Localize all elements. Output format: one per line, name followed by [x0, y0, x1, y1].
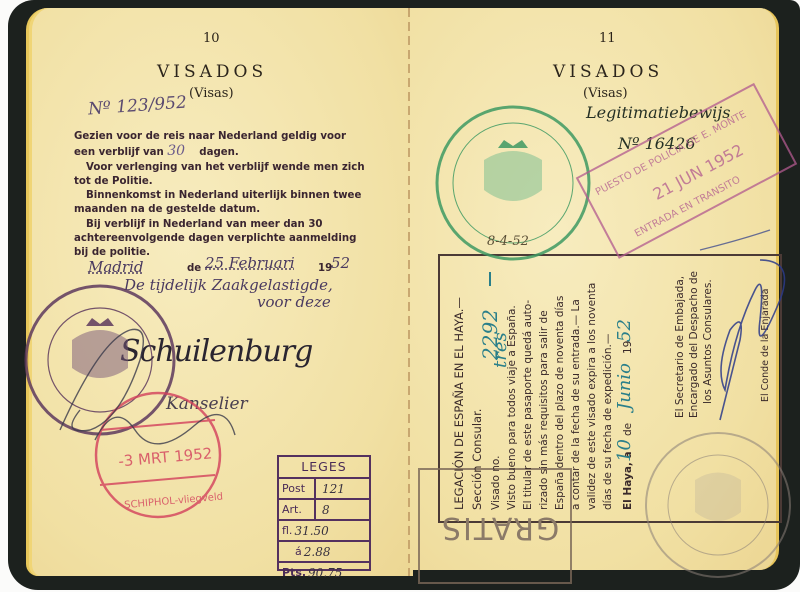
fee-row-post: Post121	[279, 477, 369, 498]
left-page-number: 10	[203, 31, 220, 46]
left-page-subtitle: (Visas)	[189, 86, 234, 101]
handwritten-legitimation-number: Nº 16426	[618, 134, 696, 153]
visa-line-7: días de su fecha de expedición.—	[602, 334, 614, 510]
visa-line-6: validez de este visado expira a los nove…	[586, 283, 598, 510]
signatory-line-3: los Asuntos Consulares.	[702, 279, 714, 404]
visa-month: Junio	[614, 363, 635, 410]
official-title: De tijdelijk Zaakgelastigde,	[124, 276, 333, 294]
handwritten-legitimation: Legitimatiebewijs	[586, 103, 730, 122]
gratis-stamp: GRATIS	[440, 510, 559, 545]
visa-day: 10	[614, 439, 635, 462]
visa-header: LEGACIÓN DE ESPAÑA EN EL HAYA.—	[452, 297, 466, 510]
fee-row-pesetas: Pts.90.75	[279, 561, 369, 582]
condition-line-2: Voor verlenging van het verblijf wende m…	[74, 161, 366, 190]
visa-year: 52	[614, 319, 635, 342]
visa-line-3: rizado sin más requisitos para salir de	[538, 310, 550, 510]
visa-year-prefix: 19	[622, 341, 634, 354]
visa-number-label: Visado no.	[490, 456, 502, 510]
visa-handwritten-insert: tres	[490, 332, 511, 368]
fee-row-florins: fl.31.50	[279, 519, 369, 540]
signatory-line-1: El Secretario de Embajada,	[674, 276, 686, 418]
issue-place: Madrid	[88, 258, 143, 276]
fees-box: LEGES Post121 Art.8 fl.31.50 á2.88 Pts.9…	[277, 455, 371, 571]
condition-days-word: dagen.	[199, 147, 239, 158]
visa-month-prefix: de	[622, 423, 634, 436]
issue-year: 52	[331, 254, 350, 272]
left-printed-conditions: Gezien voor de reis naar Nederland geldi…	[74, 130, 366, 261]
fee-row-rate: á2.88	[279, 540, 369, 561]
condition-line-3: Binnenkomst in Nederland uiterlijk binne…	[74, 189, 366, 218]
visa-section: Sección Consular.	[470, 409, 484, 510]
right-page-subtitle: (Visas)	[583, 86, 628, 101]
stay-days: 30	[167, 143, 185, 159]
for-line: voor deze	[257, 293, 331, 311]
right-page-number: 11	[599, 31, 616, 46]
visa-line-5: a contar de la fecha de su entrada.— La	[570, 299, 582, 510]
visa-line-4: España dentro del plazo de noventa días	[554, 296, 566, 510]
issue-date: 25 Februari	[205, 254, 295, 272]
right-page-title: VISADOS	[553, 62, 663, 82]
consul-signature: Schuilenburg	[120, 334, 312, 369]
signatory-line-2: Encargado del Despacho de	[688, 271, 700, 418]
visa-line-2: El titular de este pasaporte quedá auto-	[522, 300, 534, 510]
fees-header: LEGES	[279, 457, 369, 477]
signature-title: Kanselier	[166, 394, 248, 414]
date-prefix: de	[187, 262, 201, 276]
left-page-title: VISADOS	[157, 62, 267, 82]
page-fold-stitching	[408, 8, 410, 576]
signatory-name: El Conde de la Enjarada	[760, 289, 771, 402]
fee-row-art: Art.8	[279, 498, 369, 519]
